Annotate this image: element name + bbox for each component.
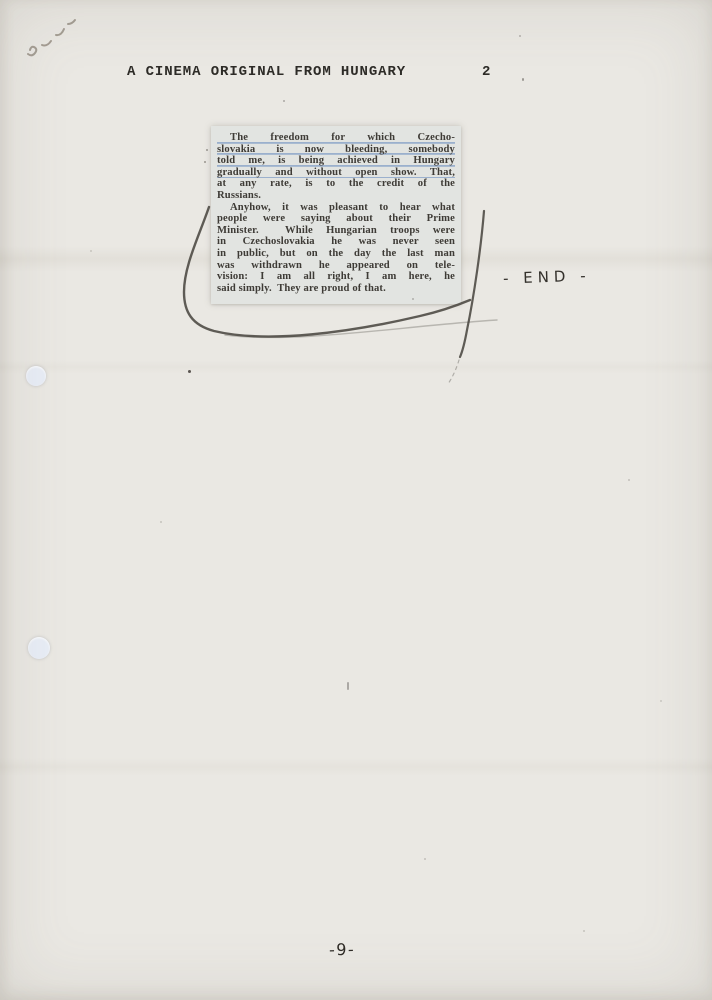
- speck: [206, 149, 208, 151]
- clipping-line: was withdrawn he appeared on tele-: [217, 260, 455, 272]
- hole-punch: [28, 637, 50, 659]
- speck: [188, 370, 191, 373]
- scan-streak: [0, 360, 712, 374]
- clipping-line: Russians.: [217, 190, 455, 202]
- clipping-line: people were saying about their Prime: [217, 213, 455, 225]
- handwritten-end-note: - END -: [503, 266, 591, 287]
- clipping-paragraph: Anyhow, it was pleasant to hear what peo…: [217, 202, 455, 295]
- clipping-line: told me, is being achieved in Hungary: [217, 155, 455, 167]
- speck: [204, 161, 206, 163]
- speck: [424, 858, 426, 860]
- speck: [347, 682, 349, 690]
- speck: [160, 521, 162, 523]
- speck: [519, 35, 521, 37]
- page-title: A CINEMA ORIGINAL FROM HUNGARY: [127, 64, 406, 80]
- clipping-line: Minister. While Hungarian troops were: [217, 225, 455, 237]
- speck: [283, 100, 285, 102]
- newspaper-clipping: The freedom for which Czecho- slovakia i…: [211, 126, 461, 304]
- page-number-top: 2: [482, 64, 490, 80]
- clipping-line: in public, but on the day the last man: [217, 248, 455, 260]
- clipping-line: Anyhow, it was pleasant to hear what: [217, 202, 455, 214]
- clipping-line: in Czechoslovakia he was never seen: [217, 236, 455, 248]
- clipping-line: at any rate, is to the credit of the: [217, 178, 455, 190]
- speck: [583, 930, 585, 932]
- handwritten-page-number: -9-: [329, 940, 356, 959]
- speck: [660, 700, 662, 702]
- clipping-line: The freedom for which Czecho-: [217, 132, 455, 144]
- clipping-line: gradually and without open show. That,: [217, 167, 455, 179]
- speck: [90, 250, 92, 252]
- scan-streak: [0, 758, 712, 776]
- scanned-document-page: A CINEMA ORIGINAL FROM HUNGARY 2 The fre…: [0, 0, 712, 1000]
- clipping-paragraph: The freedom for which Czecho- slovakia i…: [217, 132, 455, 202]
- clipping-line: said simply. They are proud of that.: [217, 283, 455, 295]
- clipping-line: vision: I am all right, I am here, he: [217, 271, 455, 283]
- hole-punch: [26, 366, 46, 386]
- corner-scribble-mark: [18, 8, 88, 63]
- speck: [522, 78, 524, 81]
- clipping-line: slovakia is now bleeding, somebody: [217, 144, 455, 156]
- speck: [628, 479, 630, 481]
